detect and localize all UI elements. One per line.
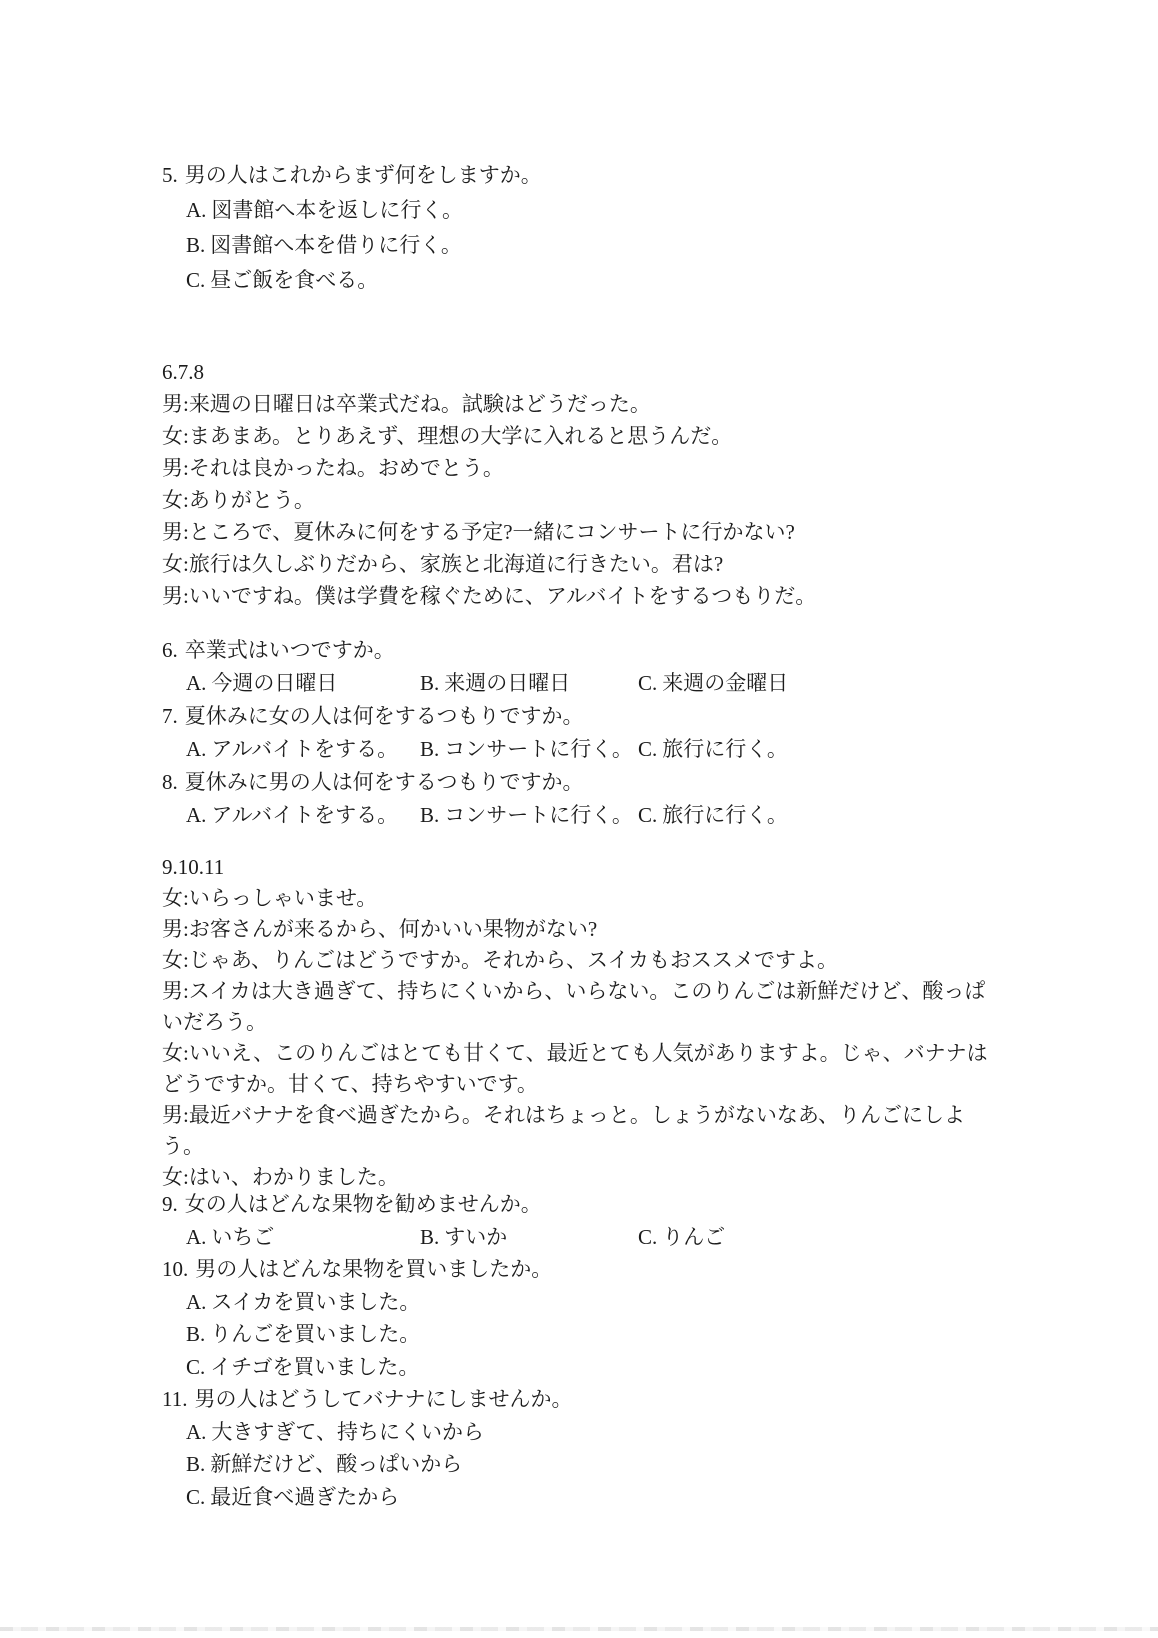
question-6-option-b: B.来週の日曜日 — [420, 667, 638, 700]
option-text: コンサートに行く。 — [444, 803, 633, 827]
option-text: 大きすぎて、持ちにくいから — [211, 1420, 484, 1444]
question-5-option-b: B.図書館へ本を借りに行く。 — [162, 228, 542, 263]
question-8-stem: 8.夏休みに男の人は何をするつもりですか。 — [162, 766, 788, 799]
option-label: B. — [186, 1322, 205, 1346]
option-text: アルバイトをする。 — [211, 803, 398, 827]
question-10-number: 10. — [162, 1257, 188, 1281]
option-text: 図書館へ本を返しに行く。 — [211, 198, 463, 222]
option-label: C. — [638, 1225, 657, 1249]
option-text: りんごを買いました。 — [210, 1322, 420, 1346]
question-10-option-b: B.りんごを買いました。 — [162, 1318, 725, 1351]
option-label: C. — [638, 671, 657, 695]
question-11-option-b: B.新鮮だけど、酸っぱいから — [162, 1448, 725, 1481]
question-11-number: 11. — [162, 1387, 187, 1411]
dialogue-678-block: 6.7.8 男:来週の日曜日は卒業式だね。試験はどうだった。 女:まあまあ。とり… — [162, 356, 992, 612]
question-9-text: 女の人はどんな果物を勧めませんか。 — [185, 1192, 542, 1216]
question-11-option-a: A.大きすぎて、持ちにくいから — [162, 1416, 725, 1449]
question-7-stem: 7.夏休みに女の人は何をするつもりですか。 — [162, 700, 788, 733]
dialogue-line: 女:まあまあ。とりあえず、理想の大学に入れると思うんだ。 — [162, 420, 992, 452]
question-6-option-a: A.今週の日曜日 — [186, 667, 420, 700]
dialogue-line: 男:来週の日曜日は卒業式だね。試験はどうだった。 — [162, 388, 992, 420]
dialogue-line: 女:いらっしゃいませ。 — [162, 883, 992, 914]
option-label: A. — [186, 1290, 206, 1314]
questions-9-11-block: 9.女の人はどんな果物を勧めませんか。 A.いちご B.すいか C.りんご 10… — [162, 1188, 725, 1513]
option-label: B. — [420, 1225, 439, 1249]
question-9-options: A.いちご B.すいか C.りんご — [162, 1221, 725, 1254]
dialogue-line: 男:それは良かったね。おめでとう。 — [162, 452, 992, 484]
question-10-stem: 10.男の人はどんな果物を買いましたか。 — [162, 1253, 725, 1286]
option-text: りんご — [662, 1225, 725, 1249]
option-text: 旅行に行く。 — [662, 737, 788, 761]
option-label: A. — [186, 1225, 206, 1249]
question-8-option-c: C.旅行に行く。 — [638, 799, 788, 832]
question-9-option-a: A.いちご — [186, 1221, 420, 1254]
question-7-text: 夏休みに女の人は何をするつもりですか。 — [185, 704, 584, 728]
option-label: A. — [186, 671, 206, 695]
dialogue-line: 女:じゃあ、りんごはどうですか。それから、スイカもおススメですよ。 — [162, 945, 992, 976]
dialogue-91011-block: 9.10.11 女:いらっしゃいませ。 男:お客さんが来るから、何かいい果物がな… — [162, 852, 992, 1193]
dialogue-line: 女:いいえ、このりんごはとても甘くて、最近とても人気がありますよ。じゃ、バナナは… — [162, 1038, 992, 1100]
question-5-stem: 5.男の人はこれからまず何をしますか。 — [162, 158, 542, 193]
question-10-text: 男の人はどんな果物を買いましたか。 — [195, 1257, 552, 1281]
option-text: イチゴを買いました。 — [210, 1355, 419, 1379]
option-label: B. — [186, 233, 205, 257]
option-text: アルバイトをする。 — [211, 737, 398, 761]
dialogue-line: 男:お客さんが来るから、何かいい果物がない? — [162, 914, 992, 945]
option-label: C. — [186, 1355, 205, 1379]
option-label: B. — [420, 803, 439, 827]
option-label: A. — [186, 737, 206, 761]
option-label: C. — [186, 1485, 205, 1509]
question-5-number: 5. — [162, 163, 178, 187]
option-text: 昼ご飯を食べる。 — [210, 268, 378, 292]
question-6-text: 卒業式はいつですか。 — [185, 638, 395, 662]
option-label: C. — [638, 803, 657, 827]
dialogue-line: 女:旅行は久しぶりだから、家族と北海道に行きたい。君は? — [162, 548, 992, 580]
exam-page: 5.男の人はこれからまず何をしますか。 A.図書館へ本を返しに行く。 B.図書館… — [0, 0, 1158, 1638]
dialogue-678-header: 6.7.8 — [162, 356, 992, 388]
question-8-options: A.アルバイトをする。 B.コンサートに行く。 C.旅行に行く。 — [162, 799, 788, 832]
question-5-option-a: A.図書館へ本を返しに行く。 — [162, 193, 542, 228]
option-label: B. — [420, 737, 439, 761]
question-7-option-c: C.旅行に行く。 — [638, 733, 788, 766]
question-11-text: 男の人はどうしてバナナにしませんか。 — [194, 1387, 572, 1411]
question-5-block: 5.男の人はこれからまず何をしますか。 A.図書館へ本を返しに行く。 B.図書館… — [162, 158, 542, 298]
question-5-option-c: C.昼ご飯を食べる。 — [162, 263, 542, 298]
question-9-number: 9. — [162, 1192, 178, 1216]
question-11-stem: 11.男の人はどうしてバナナにしませんか。 — [162, 1383, 725, 1416]
dialogue-line: 男:いいですね。僕は学費を稼ぐために、アルバイトをするつもりだ。 — [162, 580, 992, 612]
question-8-text: 夏休みに男の人は何をするつもりですか。 — [185, 770, 584, 794]
question-11-option-c: C.最近食べ過ぎたから — [162, 1481, 725, 1514]
question-7-option-a: A.アルバイトをする。 — [186, 733, 420, 766]
question-8-number: 8. — [162, 770, 178, 794]
question-10-option-c: C.イチゴを買いました。 — [162, 1351, 725, 1384]
dialogue-line: 男:ところで、夏休みに何をする予定?一緒にコンサートに行かない? — [162, 516, 992, 548]
option-label: A. — [186, 803, 206, 827]
option-text: 来週の日曜日 — [444, 671, 570, 695]
option-label: C. — [186, 268, 205, 292]
option-text: コンサートに行く。 — [444, 737, 633, 761]
dialogue-line: 男:最近バナナを食べ過ぎたから。それはちょっと。しょうがないなあ、りんごにしよう… — [162, 1100, 992, 1162]
question-9-option-c: C.りんご — [638, 1221, 725, 1254]
option-label: B. — [420, 671, 439, 695]
question-7-option-b: B.コンサートに行く。 — [420, 733, 638, 766]
question-9-stem: 9.女の人はどんな果物を勧めませんか。 — [162, 1188, 725, 1221]
question-7-options: A.アルバイトをする。 B.コンサートに行く。 C.旅行に行く。 — [162, 733, 788, 766]
option-text: 旅行に行く。 — [662, 803, 788, 827]
question-8-option-a: A.アルバイトをする。 — [186, 799, 420, 832]
question-5-text: 男の人はこれからまず何をしますか。 — [185, 163, 542, 187]
option-label: C. — [638, 737, 657, 761]
question-7-number: 7. — [162, 704, 178, 728]
option-text: 図書館へ本を借りに行く。 — [210, 233, 462, 257]
question-6-stem: 6.卒業式はいつですか。 — [162, 634, 788, 667]
option-label: A. — [186, 198, 206, 222]
option-text: 最近食べ過ぎたから — [210, 1485, 399, 1509]
option-label: A. — [186, 1420, 206, 1444]
option-text: 新鮮だけど、酸っぱいから — [210, 1452, 462, 1476]
dialogue-91011-header: 9.10.11 — [162, 852, 992, 883]
question-8-option-b: B.コンサートに行く。 — [420, 799, 638, 832]
page-bottom-scan-edge — [0, 1627, 1158, 1631]
question-9-option-b: B.すいか — [420, 1221, 638, 1254]
question-6-number: 6. — [162, 638, 178, 662]
option-label: B. — [186, 1452, 205, 1476]
option-text: いちご — [211, 1225, 274, 1249]
question-10-option-a: A.スイカを買いました。 — [162, 1286, 725, 1319]
option-text: 今週の日曜日 — [211, 671, 337, 695]
question-6-options: A.今週の日曜日 B.来週の日曜日 C.来週の金曜日 — [162, 667, 788, 700]
option-text: すいか — [444, 1225, 507, 1249]
questions-6-8-block: 6.卒業式はいつですか。 A.今週の日曜日 B.来週の日曜日 C.来週の金曜日 … — [162, 634, 788, 832]
option-text: 来週の金曜日 — [662, 671, 788, 695]
question-6-option-c: C.来週の金曜日 — [638, 667, 788, 700]
dialogue-line: 女:ありがとう。 — [162, 484, 992, 516]
option-text: スイカを買いました。 — [211, 1290, 420, 1314]
dialogue-line: 男:スイカは大き過ぎて、持ちにくいから、いらない。このりんごは新鮮だけど、酸っぱ… — [162, 976, 992, 1038]
